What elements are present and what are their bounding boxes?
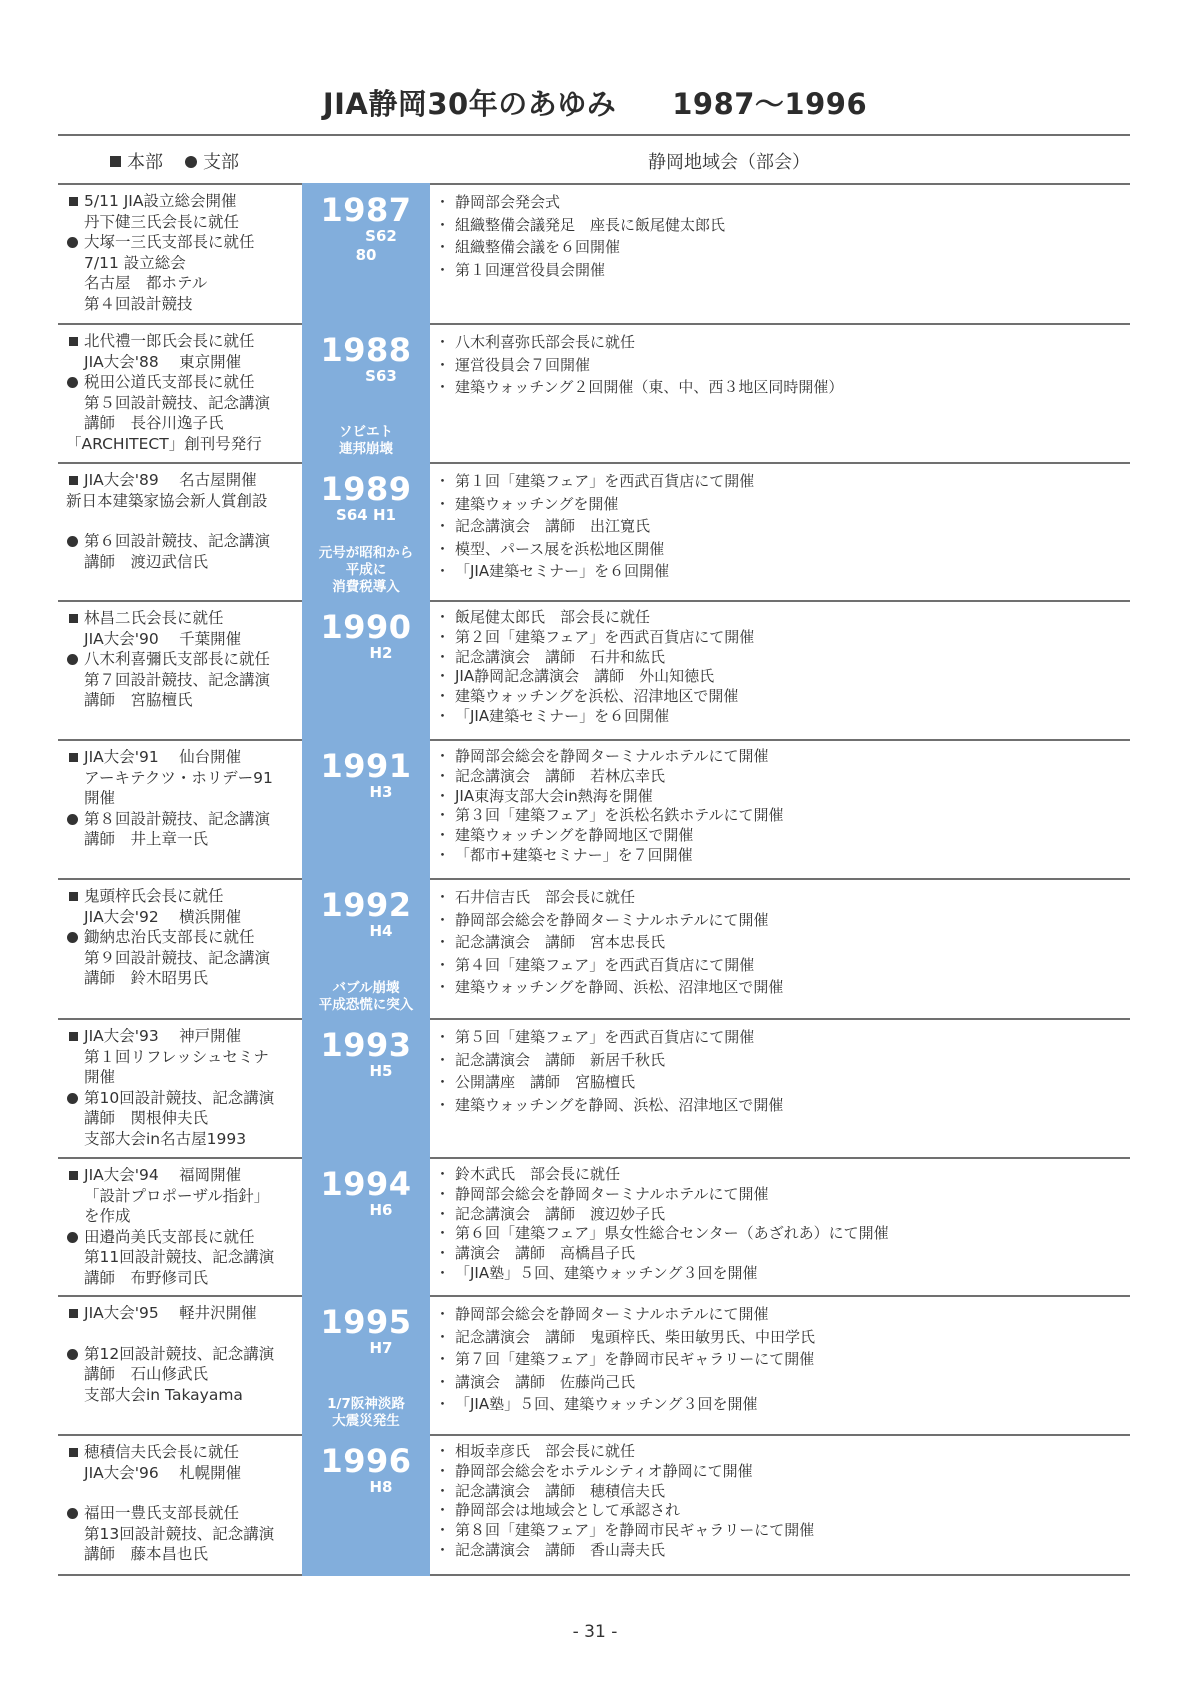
- era-label: S64 H1: [302, 506, 430, 525]
- honbu-event: 林昌二氏会長に就任: [66, 608, 302, 629]
- year-column: 1991H3: [302, 739, 430, 880]
- event-line: 講師 布野修司氏: [66, 1268, 302, 1289]
- world-event-note: 元号が昭和から 平成に 消費税導入: [302, 545, 430, 596]
- honbu-event: 穂積信夫氏会長に就任: [66, 1442, 302, 1463]
- year-column: 1992H4バブル崩壊 平成恐慌に突入: [302, 878, 430, 1020]
- headquarters-branch-events: JIA大会'91 仙台開催アーキテクツ・ホリデー91開催第８回設計競技、記念講演…: [66, 747, 302, 850]
- shibu-event: 第10回設計競技、記念講演: [66, 1088, 302, 1109]
- regional-event-item: 記念講演会 講師 香山壽夫氏: [441, 1541, 1130, 1561]
- event-line: 講師 渡辺武信氏: [66, 552, 302, 573]
- regional-event-item: 建築ウォッチングを静岡、浜松、沼津地区で開催: [441, 976, 1130, 999]
- event-line: JIA大会'92 横浜開催: [66, 907, 302, 928]
- headquarters-branch-events: 鬼頭梓氏会長に就任JIA大会'92 横浜開催鋤納忠治氏支部長に就任第９回設計競技…: [66, 886, 302, 989]
- event-line: 第１回リフレッシュセミナ: [66, 1047, 302, 1068]
- year-column: 1988S63ソビエト 連邦崩壊: [302, 323, 430, 464]
- honbu-event: JIA大会'91 仙台開催: [66, 747, 302, 768]
- event-line: 講師 石山修武氏: [66, 1364, 302, 1385]
- headquarters-branch-events: 林昌二氏会長に就任JIA大会'90 千葉開催八木利喜彌氏支部長に就任第７回設計競…: [66, 608, 302, 711]
- regional-event-item: 第３回「建築フェア」を浜松名鉄ホテルにて開催: [441, 806, 1130, 826]
- regional-event-item: 記念講演会 講師 新居千秋氏: [441, 1049, 1130, 1072]
- page-title: JIA静岡30年のあゆみ1987〜1996: [0, 82, 1190, 123]
- timeline-row: 林昌二氏会長に就任JIA大会'90 千葉開催八木利喜彌氏支部長に就任第７回設計競…: [58, 600, 1130, 739]
- era-label: H3: [302, 783, 430, 802]
- year-label: 1990: [302, 610, 430, 644]
- regional-event-item: 模型、パース展を浜松地区開催: [441, 538, 1130, 561]
- event-line: 講師 藤本昌也氏: [66, 1544, 302, 1565]
- event-line: 「設計プロポーザル指針」: [66, 1186, 302, 1207]
- regional-event-item: 第６回「建築フェア」県女性総合センター（あざれあ）にて開催: [441, 1224, 1130, 1244]
- regional-event-item: 第１回「建築フェア」を西武百貨店にて開催: [441, 470, 1130, 493]
- headquarters-branch-events: JIA大会'94 福岡開催「設計プロポーザル指針」を作成田邉尚美氏支部長に就任第…: [66, 1165, 302, 1288]
- regional-event-item: 建築ウォッチングを静岡地区で開催: [441, 826, 1130, 846]
- era-label: H7: [302, 1339, 430, 1358]
- year-label: 1993: [302, 1028, 430, 1062]
- year-label: 1996: [302, 1444, 430, 1478]
- event-line: 第５回設計競技、記念講演: [66, 393, 302, 414]
- era-label: H5: [302, 1062, 430, 1081]
- timeline-row: JIA大会'89 名古屋開催新日本建築家協会新人賞創設第６回設計競技、記念講演講…: [58, 462, 1130, 600]
- regional-event-item: 静岡部会発会式: [441, 191, 1130, 214]
- event-line: 講師 宮脇檀氏: [66, 690, 302, 711]
- era-label: S63: [302, 367, 430, 386]
- regional-event-item: 「JIA建築セミナー」を６回開催: [441, 560, 1130, 583]
- shibu-event: 田邉尚美氏支部長に就任: [66, 1227, 302, 1248]
- event-line: 名古屋 都ホテル: [66, 273, 302, 294]
- timeline-row: JIA大会'95 軽井沢開催第12回設計競技、記念講演講師 石山修武氏支部大会i…: [58, 1295, 1130, 1434]
- year-label: 1991: [302, 749, 430, 783]
- regional-event-item: 石井信吉氏 部会長に就任: [441, 886, 1130, 909]
- honbu-event: JIA大会'94 福岡開催: [66, 1165, 302, 1186]
- regional-event-item: 公開講座 講師 宮脇檀氏: [441, 1071, 1130, 1094]
- year-label: 1988: [302, 333, 430, 367]
- regional-event-item: 講演会 講師 佐藤尚己氏: [441, 1371, 1130, 1394]
- year-label: 1994: [302, 1167, 430, 1201]
- regional-event-item: 建築ウォッチングを浜松、沼津地区で開催: [441, 687, 1130, 707]
- regional-event-item: 記念講演会 講師 鬼頭梓氏、柴田敏男氏、中田学氏: [441, 1326, 1130, 1349]
- regional-event-item: 第５回「建築フェア」を西武百貨店にて開催: [441, 1026, 1130, 1049]
- headquarters-branch-events: JIA大会'95 軽井沢開催第12回設計競技、記念講演講師 石山修武氏支部大会i…: [66, 1303, 302, 1405]
- regional-events: 石井信吉氏 部会長に就任静岡部会総会を静岡ターミナルホテルにて開催記念講演会 講…: [441, 886, 1130, 999]
- event-line: 開催: [66, 788, 302, 809]
- year-label: 1987: [302, 193, 430, 227]
- honbu-event: 5/11 JIA設立総会開催: [66, 191, 302, 212]
- headquarters-branch-events: 5/11 JIA設立総会開催丹下健三氏会長に就任大塚一三氏支部長に就任7/11 …: [66, 191, 302, 314]
- legend-shibu: 支部: [203, 152, 239, 173]
- event-line: 第７回設計競技、記念講演: [66, 670, 302, 691]
- event-line: JIA大会'90 千葉開催: [66, 629, 302, 650]
- regional-event-item: 記念講演会 講師 穂積信夫氏: [441, 1482, 1130, 1502]
- regional-event-item: 記念講演会 講師 出江寛氏: [441, 515, 1130, 538]
- regional-events: 静岡部会発会式組織整備会議発足 座長に飯尾健太郎氏組織整備会議を６回開催第１回運…: [441, 191, 1130, 281]
- year-column: 1996H8: [302, 1434, 430, 1576]
- regional-event-item: 「JIA塾」５回、建築ウォッチング３回を開催: [441, 1393, 1130, 1416]
- event-line: 第11回設計競技、記念講演: [66, 1247, 302, 1268]
- regional-event-item: 第８回「建築フェア」を静岡市民ギャラリーにて開催: [441, 1521, 1130, 1541]
- regional-events: 八木利喜弥氏部会長に就任運営役員会７回開催建築ウォッチング２回開催（東、中、西３…: [441, 331, 1130, 399]
- headquarters-branch-events: 北代禮一郎氏会長に就任JIA大会'88 東京開催税田公道氏支部長に就任第５回設計…: [66, 331, 302, 454]
- page-title-main: JIA静岡30年のあゆみ: [323, 87, 616, 121]
- regional-event-item: 飯尾健太郎氏 部会長に就任: [441, 608, 1130, 628]
- world-event-note: バブル崩壊 平成恐慌に突入: [302, 980, 430, 1014]
- honbu-event: JIA大会'89 名古屋開催: [66, 470, 302, 491]
- timeline-row: 鬼頭梓氏会長に就任JIA大会'92 横浜開催鋤納忠治氏支部長に就任第９回設計競技…: [58, 878, 1130, 1018]
- event-line: 講師 井上章一氏: [66, 829, 302, 850]
- event-line: 支部大会in名古屋1993: [66, 1129, 302, 1150]
- year-label: 1995: [302, 1305, 430, 1339]
- honbu-event: 鬼頭梓氏会長に就任: [66, 886, 302, 907]
- event-line: JIA大会'88 東京開催: [66, 352, 302, 373]
- regional-event-item: 建築ウォッチング２回開催（東、中、西３地区同時開催）: [441, 376, 1130, 399]
- regional-column-header: 静岡地域会（部会）: [648, 148, 810, 174]
- regional-event-item: 第４回「建築フェア」を西武百貨店にて開催: [441, 954, 1130, 977]
- table-header: 本部支部 静岡地域会（部会）: [58, 136, 1130, 182]
- regional-event-item: 相坂幸彦氏 部会長に就任: [441, 1442, 1130, 1462]
- regional-event-item: JIA東海支部大会in熱海を開催: [441, 787, 1130, 807]
- event-line: アーキテクツ・ホリデー91: [66, 768, 302, 789]
- regional-events: 静岡部会総会を静岡ターミナルホテルにて開催記念講演会 講師 若林広幸氏JIA東海…: [441, 747, 1130, 866]
- regional-event-item: 組織整備会議発足 座長に飯尾健太郎氏: [441, 214, 1130, 237]
- event-line: を作成: [66, 1206, 302, 1227]
- regional-event-item: 静岡部会総会を静岡ターミナルホテルにて開催: [441, 1185, 1130, 1205]
- era-sub-label: 80: [302, 246, 430, 265]
- era-label: S62: [302, 227, 430, 246]
- regional-event-item: 第７回「建築フェア」を静岡市民ギャラリーにて開催: [441, 1348, 1130, 1371]
- regional-event-item: 静岡部会総会を静岡ターミナルホテルにて開催: [441, 747, 1130, 767]
- legend-honbu: 本部: [127, 152, 163, 173]
- timeline-row: 穂積信夫氏会長に就任JIA大会'96 札幌開催福田一豊氏支部長就任第13回設計競…: [58, 1434, 1130, 1576]
- regional-events: 第１回「建築フェア」を西武百貨店にて開催建築ウォッチングを開催記念講演会 講師 …: [441, 470, 1130, 583]
- year-label: 1992: [302, 888, 430, 922]
- event-line: 第13回設計競技、記念講演: [66, 1524, 302, 1545]
- regional-event-item: 静岡部会総会をホテルシティオ静岡にて開催: [441, 1462, 1130, 1482]
- event-line: 新日本建築家協会新人賞創設: [66, 491, 302, 512]
- square-marker-icon: [110, 156, 121, 167]
- event-line: 第９回設計競技、記念講演: [66, 948, 302, 969]
- honbu-event: JIA大会'93 神戸開催: [66, 1026, 302, 1047]
- regional-events: 第５回「建築フェア」を西武百貨店にて開催記念講演会 講師 新居千秋氏公開講座 講…: [441, 1026, 1130, 1116]
- timeline-row: 北代禮一郎氏会長に就任JIA大会'88 東京開催税田公道氏支部長に就任第５回設計…: [58, 323, 1130, 462]
- era-label: H2: [302, 644, 430, 663]
- timeline-table: 5/11 JIA設立総会開催丹下健三氏会長に就任大塚一三氏支部長に就任7/11 …: [58, 183, 1130, 1576]
- event-line: 丹下健三氏会長に就任: [66, 212, 302, 233]
- regional-event-item: 記念講演会 講師 石井和紘氏: [441, 648, 1130, 668]
- page-title-range: 1987〜1996: [672, 87, 867, 121]
- regional-event-item: 静岡部会総会を静岡ターミナルホテルにて開催: [441, 909, 1130, 932]
- regional-event-item: 講演会 講師 高橋昌子氏: [441, 1244, 1130, 1264]
- regional-event-item: JIA静岡記念講演会 講師 外山知徳氏: [441, 667, 1130, 687]
- world-event-note: ソビエト 連邦崩壊: [302, 424, 430, 458]
- year-column: 1993H5: [302, 1018, 430, 1159]
- year-column: 1994H6: [302, 1157, 430, 1297]
- headquarters-branch-events: JIA大会'93 神戸開催第１回リフレッシュセミナ開催第10回設計競技、記念講演…: [66, 1026, 302, 1149]
- event-line: 講師 長谷川逸子氏: [66, 413, 302, 434]
- regional-event-item: 記念講演会 講師 宮本忠長氏: [441, 931, 1130, 954]
- event-line: 講師 鈴木昭男氏: [66, 968, 302, 989]
- spacer: [66, 1483, 302, 1503]
- regional-event-item: 組織整備会議を６回開催: [441, 236, 1130, 259]
- year-label: 1989: [302, 472, 430, 506]
- era-label: H6: [302, 1201, 430, 1220]
- shibu-event: 第12回設計競技、記念講演: [66, 1344, 302, 1365]
- headquarters-branch-events: 穂積信夫氏会長に就任JIA大会'96 札幌開催福田一豊氏支部長就任第13回設計競…: [66, 1442, 302, 1565]
- year-column: 1989S64 H1元号が昭和から 平成に 消費税導入: [302, 462, 430, 602]
- regional-event-item: 記念講演会 講師 渡辺妙子氏: [441, 1205, 1130, 1225]
- honbu-event: 北代禮一郎氏会長に就任: [66, 331, 302, 352]
- regional-events: 静岡部会総会を静岡ターミナルホテルにて開催記念講演会 講師 鬼頭梓氏、柴田敏男氏…: [441, 1303, 1130, 1416]
- spacer: [66, 1324, 302, 1344]
- year-column: 1990H2: [302, 600, 430, 741]
- regional-event-item: 八木利喜弥氏部会長に就任: [441, 331, 1130, 354]
- timeline-row: JIA大会'94 福岡開催「設計プロポーザル指針」を作成田邉尚美氏支部長に就任第…: [58, 1157, 1130, 1295]
- era-label: H8: [302, 1478, 430, 1497]
- year-column: 1995H71/7阪神淡路 大震災発生: [302, 1295, 430, 1436]
- shibu-event: 大塚一三氏支部長に就任: [66, 232, 302, 253]
- regional-events: 飯尾健太郎氏 部会長に就任第２回「建築フェア」を西武百貨店にて開催記念講演会 講…: [441, 608, 1130, 727]
- shibu-event: 第６回設計競技、記念講演: [66, 531, 302, 552]
- regional-events: 相坂幸彦氏 部会長に就任静岡部会総会をホテルシティオ静岡にて開催記念講演会 講師…: [441, 1442, 1130, 1561]
- legend: 本部支部: [110, 148, 239, 174]
- shibu-event: 八木利喜彌氏支部長に就任: [66, 649, 302, 670]
- regional-event-item: 建築ウォッチングを開催: [441, 493, 1130, 516]
- regional-event-item: 鈴木武氏 部会長に就任: [441, 1165, 1130, 1185]
- shibu-event: 税田公道氏支部長に就任: [66, 372, 302, 393]
- shibu-event: 鋤納忠治氏支部長に就任: [66, 927, 302, 948]
- regional-event-item: 建築ウォッチングを静岡、浜松、沼津地区で開催: [441, 1094, 1130, 1117]
- event-line: 「ARCHITECT」創刊号発行: [66, 434, 302, 455]
- regional-event-item: 運営役員会７回開催: [441, 354, 1130, 377]
- regional-event-item: 静岡部会は地域会として承認され: [441, 1501, 1130, 1521]
- event-line: 支部大会in Takayama: [66, 1385, 302, 1406]
- regional-event-item: 第１回運営役員会開催: [441, 259, 1130, 282]
- regional-event-item: 静岡部会総会を静岡ターミナルホテルにて開催: [441, 1303, 1130, 1326]
- page-number: - 31 -: [0, 1622, 1190, 1642]
- regional-event-item: 「JIA建築セミナー」を６回開催: [441, 707, 1130, 727]
- world-event-note: 1/7阪神淡路 大震災発生: [302, 1396, 430, 1430]
- regional-event-item: 記念講演会 講師 若林広幸氏: [441, 767, 1130, 787]
- shibu-event: 第８回設計競技、記念講演: [66, 809, 302, 830]
- year-column: 1987S6280: [302, 183, 430, 325]
- headquarters-branch-events: JIA大会'89 名古屋開催新日本建築家協会新人賞創設第６回設計競技、記念講演講…: [66, 470, 302, 572]
- circle-marker-icon: [185, 156, 197, 168]
- event-line: 第４回設計競技: [66, 294, 302, 315]
- shibu-event: 福田一豊氏支部長就任: [66, 1503, 302, 1524]
- event-line: 講師 関根伸夫氏: [66, 1108, 302, 1129]
- event-line: 開催: [66, 1067, 302, 1088]
- regional-event-item: 第２回「建築フェア」を西武百貨店にて開催: [441, 628, 1130, 648]
- era-label: H4: [302, 922, 430, 941]
- spacer: [66, 511, 302, 531]
- timeline-row: 5/11 JIA設立総会開催丹下健三氏会長に就任大塚一三氏支部長に就任7/11 …: [58, 183, 1130, 323]
- timeline-row: JIA大会'91 仙台開催アーキテクツ・ホリデー91開催第８回設計競技、記念講演…: [58, 739, 1130, 878]
- honbu-event: JIA大会'95 軽井沢開催: [66, 1303, 302, 1324]
- event-line: JIA大会'96 札幌開催: [66, 1463, 302, 1484]
- timeline-row: JIA大会'93 神戸開催第１回リフレッシュセミナ開催第10回設計競技、記念講演…: [58, 1018, 1130, 1157]
- regional-event-item: 「JIA塾」５回、建築ウォッチング３回を開催: [441, 1264, 1130, 1284]
- regional-event-item: 「都市+建築セミナー」を７回開催: [441, 846, 1130, 866]
- regional-events: 鈴木武氏 部会長に就任静岡部会総会を静岡ターミナルホテルにて開催記念講演会 講師…: [441, 1165, 1130, 1284]
- event-line: 7/11 設立総会: [66, 253, 302, 274]
